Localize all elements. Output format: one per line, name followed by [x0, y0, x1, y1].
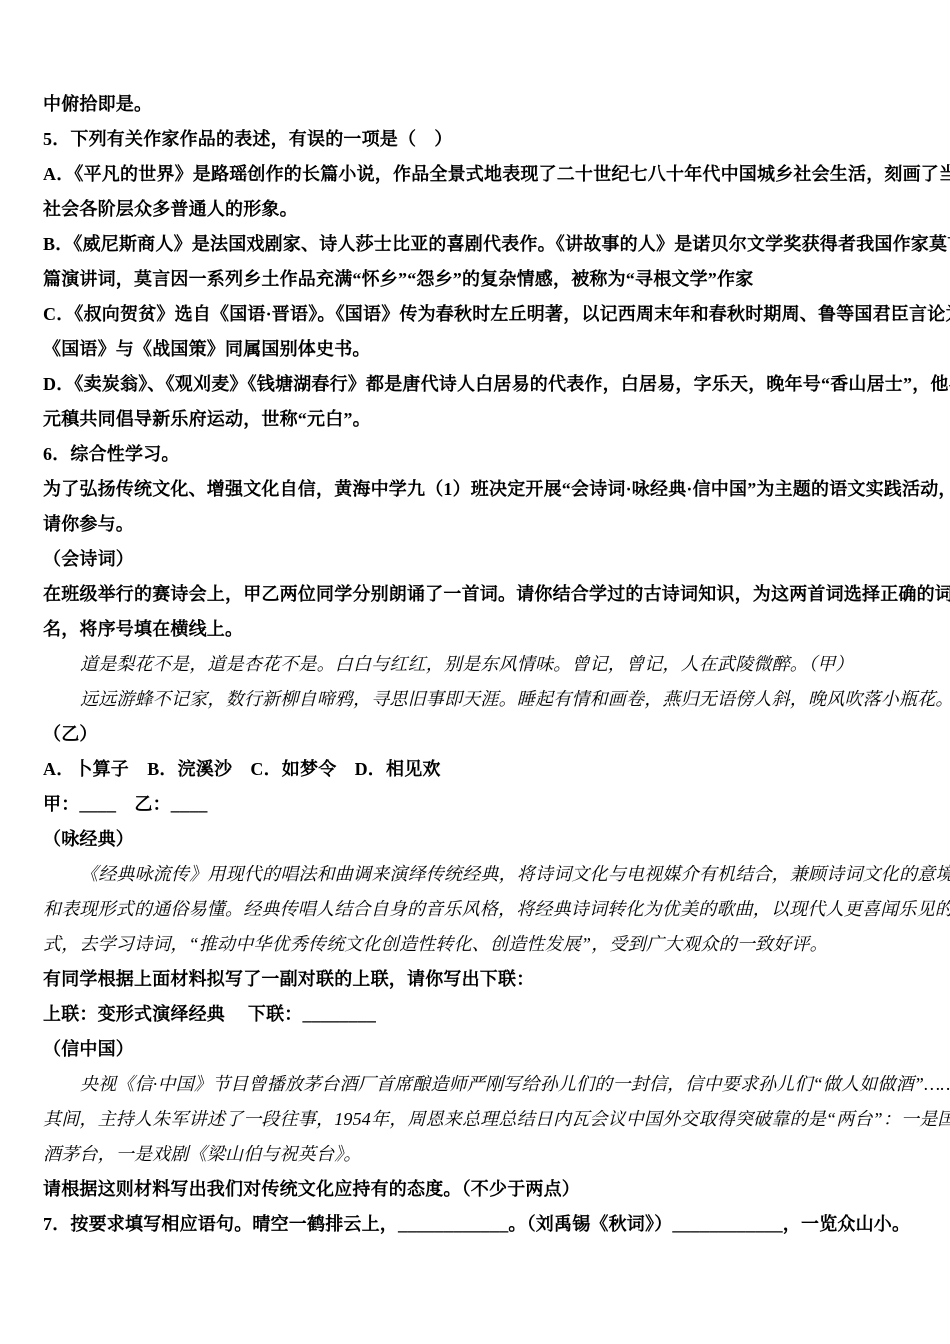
section-label-yong-jingdian: （咏经典） [43, 822, 910, 857]
question-6-intro-line-2: 请你参与。 [43, 507, 910, 542]
question-6-intro-line-1: 为了弘扬传统文化、增强文化自信，黄海中学九（1）班决定开展“会诗词·咏经典·信中… [43, 472, 910, 507]
exam-document-page: 中俯拾即是。 5．下列有关作家作品的表述，有误的一项是（ ） A．《平凡的世界》… [0, 0, 950, 1344]
task-hui-shici-line-1: 在班级举行的赛诗会上，甲乙两位同学分别朗诵了一首词。请你结合学过的古诗词知识，为… [43, 577, 910, 612]
section-label-hui-shici: （会诗词） [43, 542, 910, 577]
question-5-option-b-line-2: 篇演讲词，莫言因一系列乡土作品充满“怀乡”“怨乡”的复杂情感，被称为“寻根文学”… [43, 262, 910, 297]
material-yong-jingdian-line-2: 和表现形式的通俗易懂。经典传唱人结合自身的音乐风格，将经典诗词转化为优美的歌曲，… [43, 892, 910, 927]
question-5-option-d-line-1: D．《卖炭翁》、《观刈麦》《钱塘湖春行》都是唐代诗人白居易的代表作，白居易，字乐… [43, 367, 910, 402]
question-6-stem: 6．综合性学习。 [43, 437, 910, 472]
question-5-option-c-line-1: C．《叔向贺贫》选自《国语·晋语》。《国语》传为春秋时左丘明著，以记西周末年和春… [43, 297, 910, 332]
prev-page-text-fragment: 中俯拾即是。 [43, 87, 910, 122]
question-5-option-a-line-1: A．《平凡的世界》是路瑶创作的长篇小说，作品全景式地表现了二十世纪七八十年代中国… [43, 157, 910, 192]
question-5-option-b-line-1: B．《威尼斯商人》是法国戏剧家、诗人莎士比亚的喜剧代表作。《讲故事的人》是诺贝尔… [43, 227, 910, 262]
couplet-upper-lower: 上联：变形式演绎经典 下联：________ [43, 997, 910, 1032]
poem-jia: 道是梨花不是，道是杏花不是。白白与红红，别是东风情味。曾记，曾记，人在武陵微醉。… [43, 647, 910, 682]
question-7: 7．按要求填写相应语句。晴空一鹤排云上，____________。（刘禹锡《秋词… [43, 1207, 910, 1242]
question-5-option-a-line-2: 社会各阶层众多普通人的形象。 [43, 192, 910, 227]
cipai-options: A．卜算子 B．浣溪沙 C．如梦令 D．相见欢 [43, 752, 910, 787]
material-yong-jingdian-line-1: 《经典咏流传》用现代的唱法和曲调来演绎传统经典，将诗词文化与电视媒介有机结合，兼… [43, 857, 910, 892]
material-xin-zhongguo-line-2: 其间，主持人朱军讲述了一段往事，1954年，周恩来总理总结日内瓦会议中国外交取得… [43, 1102, 910, 1137]
label-yi: （乙） [43, 717, 910, 752]
answer-blanks-jia-yi: 甲：____ 乙：____ [43, 787, 910, 822]
question-5-option-d-line-2: 元稹共同倡导新乐府运动，世称“元白”。 [43, 402, 910, 437]
attitude-task: 请根据这则材料写出我们对传统文化应持有的态度。（不少于两点） [43, 1172, 910, 1207]
poem-yi: 远远游蜂不记家，数行新柳自啼鸦，寻思旧事即天涯。睡起有情和画卷，燕归无语傍人斜，… [43, 682, 910, 717]
task-hui-shici-line-2: 名，将序号填在横线上。 [43, 612, 910, 647]
material-xin-zhongguo-line-1: 央视《信·中国》节目曾播放茅台酒厂首席酿造师严刚写给孙儿们的一封信，信中要求孙儿… [43, 1067, 910, 1102]
question-5-stem: 5．下列有关作家作品的表述，有误的一项是（ ） [43, 122, 910, 157]
section-label-xin-zhongguo: （信中国） [43, 1032, 910, 1067]
couplet-task: 有同学根据上面材料拟写了一副对联的上联，请你写出下联： [43, 962, 910, 997]
question-5-option-c-line-2: 《国语》与《战国策》同属国别体史书。 [43, 332, 910, 367]
material-yong-jingdian-line-3: 式，去学习诗词，“推动中华优秀传统文化创造性转化、创造性发展”，受到广大观众的一… [43, 927, 910, 962]
material-xin-zhongguo-line-3: 酒茅台，一是戏剧《梁山伯与祝英台》。 [43, 1137, 910, 1172]
